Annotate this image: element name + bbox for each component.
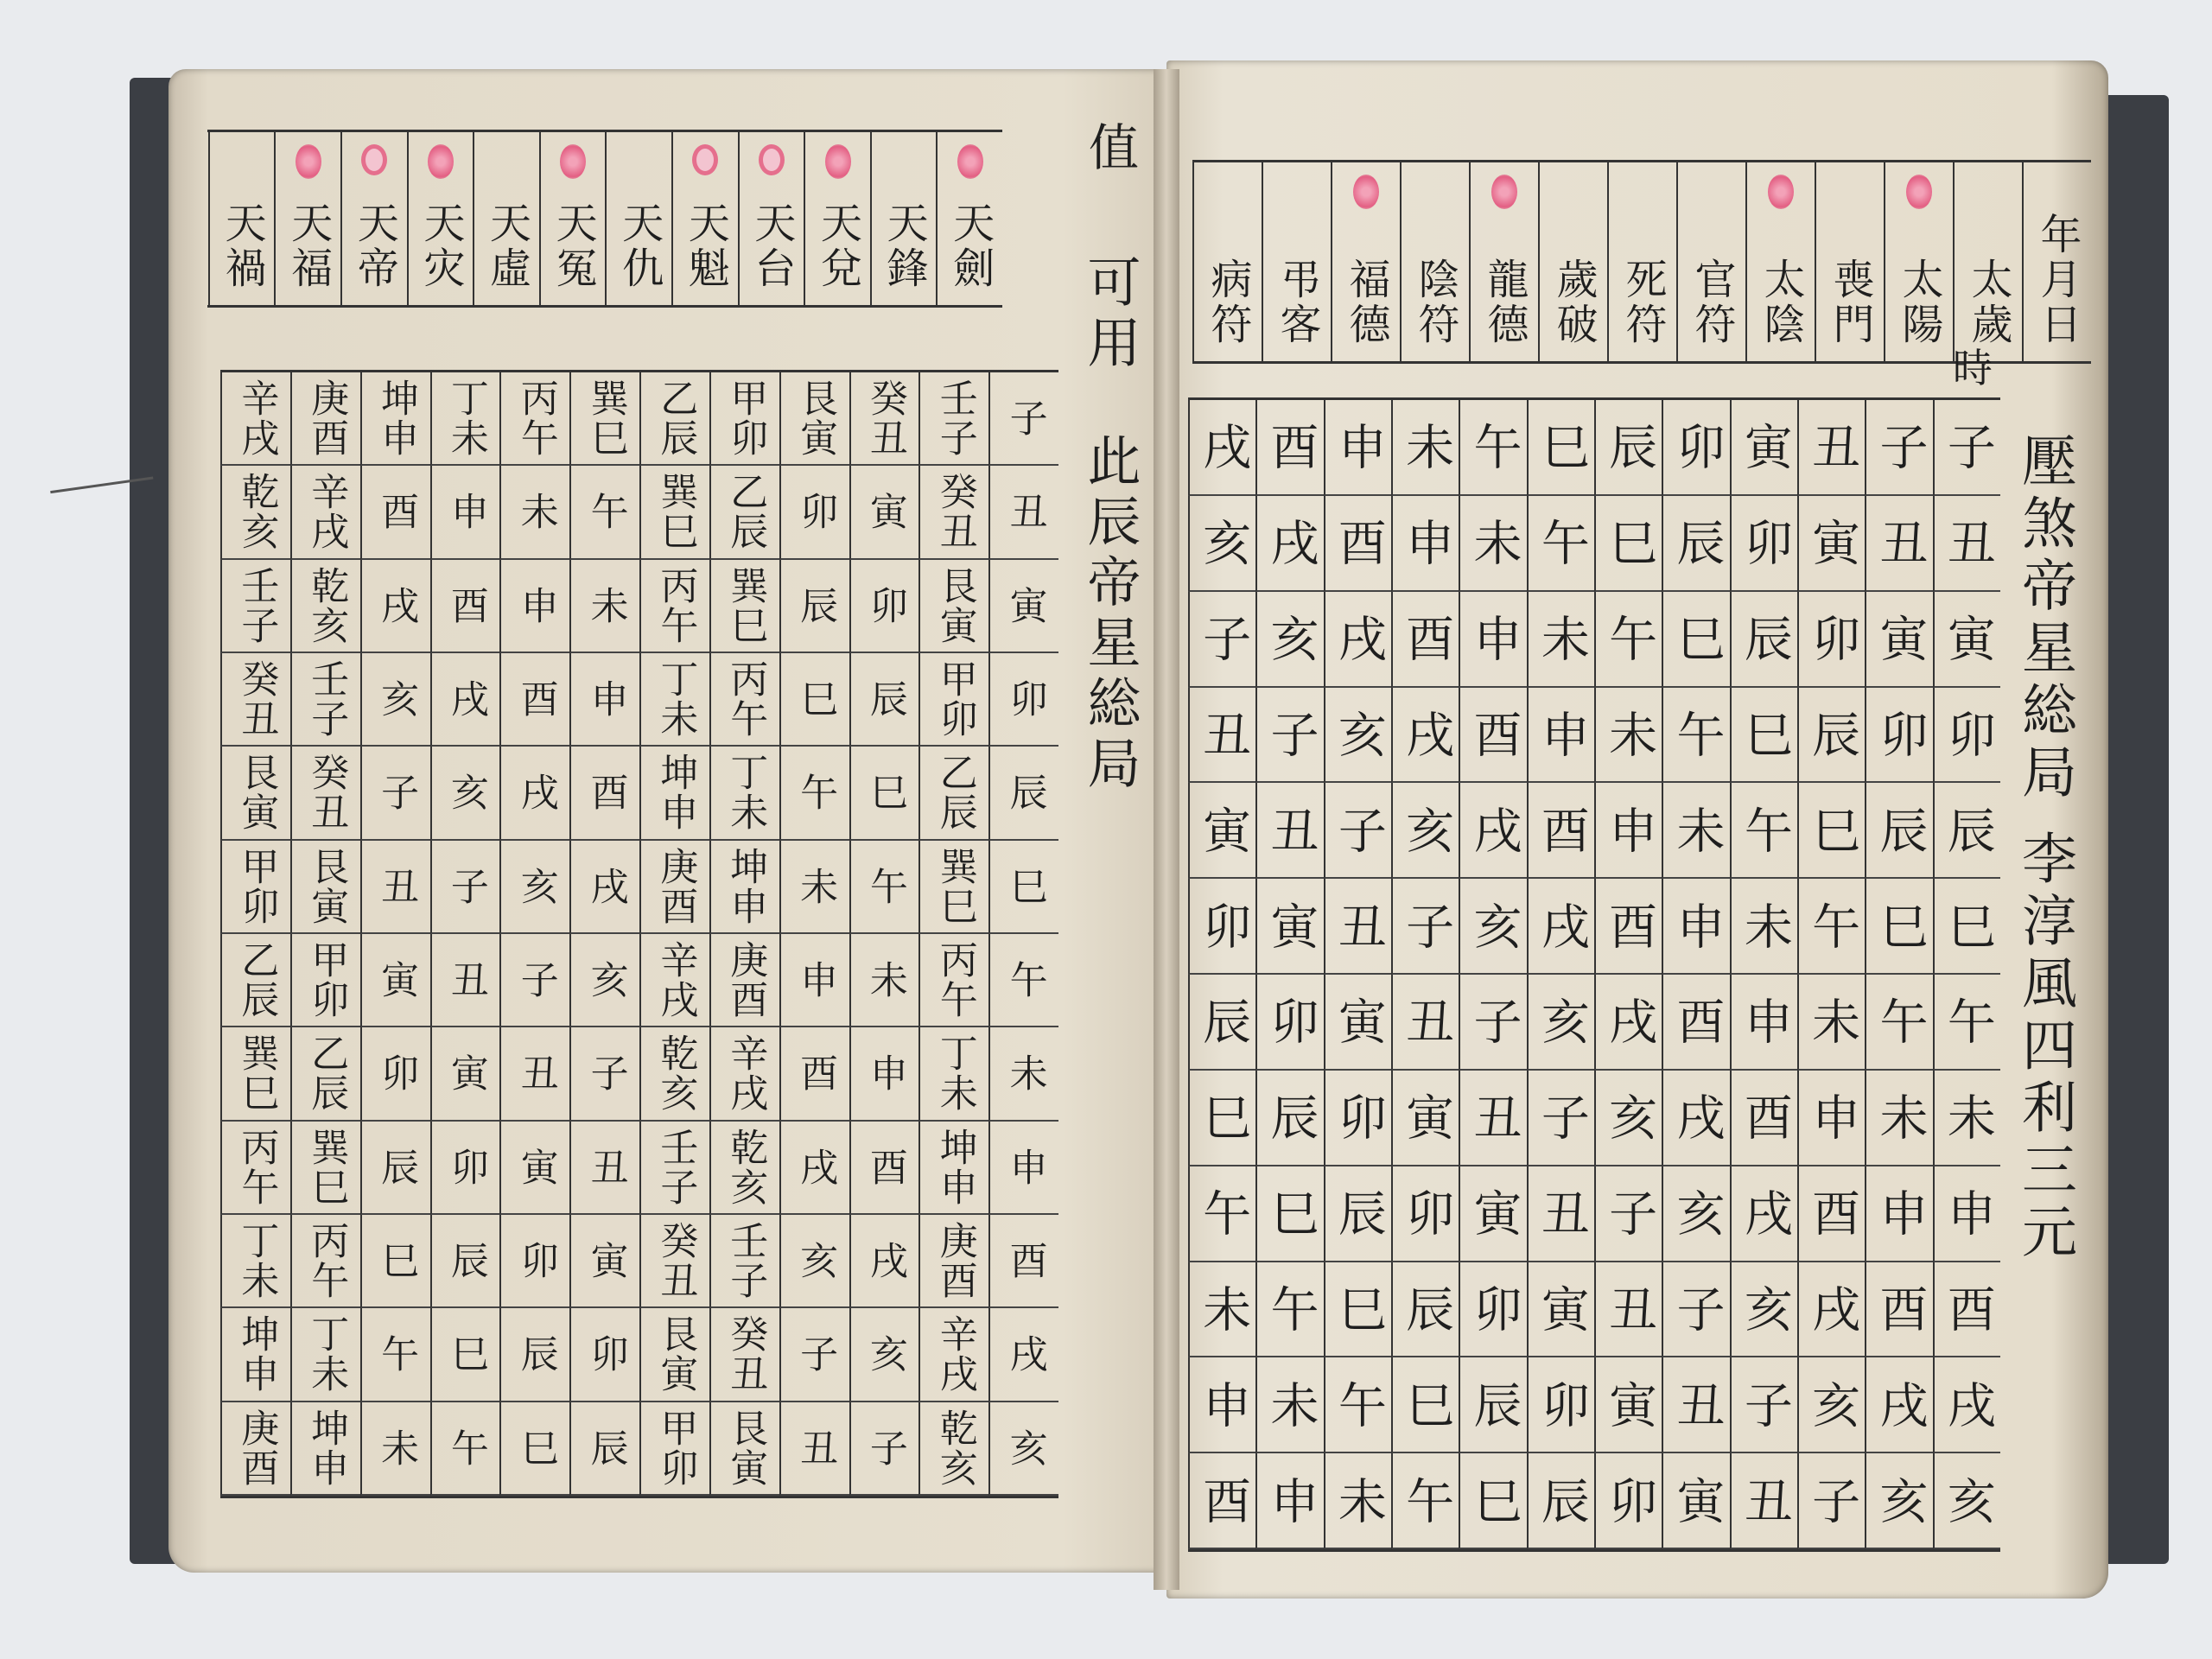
table-cell: 乾亥 bbox=[639, 1027, 709, 1121]
table-cell: 寅 bbox=[360, 934, 430, 1027]
table-cell: 辰 bbox=[360, 1122, 430, 1215]
cell-text: 卯 bbox=[1474, 1284, 1514, 1334]
header-star: 天魁 bbox=[671, 132, 738, 305]
red-circle-icon bbox=[560, 144, 586, 179]
cell-text: 卯 bbox=[865, 586, 905, 626]
table-cell: 丑 bbox=[779, 1402, 849, 1496]
red-circle-icon bbox=[692, 144, 718, 175]
cell-text: 寅 bbox=[376, 960, 416, 1000]
cell-text: 辰 bbox=[376, 1147, 416, 1187]
table-cell: 甲卯 bbox=[290, 934, 360, 1027]
table-cell: 未 bbox=[1459, 496, 1526, 592]
star-name: 天兌 bbox=[814, 201, 862, 291]
cell-text: 甲卯 bbox=[236, 847, 276, 926]
table-cell: 亥 bbox=[1797, 1357, 1865, 1453]
table-cell: 申 bbox=[1797, 1071, 1865, 1166]
table-cell: 酉 bbox=[1255, 400, 1323, 496]
table-cell: 午 bbox=[569, 466, 639, 559]
table-cell: 申 bbox=[1459, 592, 1526, 688]
cell-text: 辰 bbox=[795, 586, 835, 626]
cell-text: 午 bbox=[1271, 1284, 1311, 1334]
cell-text: 卯 bbox=[516, 1241, 556, 1281]
cell-text: 亥 bbox=[1541, 996, 1581, 1046]
cell-text: 亥 bbox=[1812, 1380, 1852, 1430]
red-circle-icon bbox=[1491, 175, 1517, 209]
cell-text: 戌 bbox=[1203, 422, 1243, 472]
table-cell: 戌 bbox=[988, 1308, 1058, 1402]
cell-text: 辰 bbox=[1338, 1188, 1378, 1238]
red-circle-icon bbox=[428, 144, 454, 179]
book-spine bbox=[1154, 69, 1179, 1590]
table-cell: 子 bbox=[1797, 1453, 1865, 1549]
cell-text: 丁未 bbox=[725, 753, 765, 832]
star-name: 官符 bbox=[1688, 257, 1736, 347]
cell-text: 亥 bbox=[1609, 1092, 1649, 1142]
table-cell: 酉 bbox=[1933, 1262, 2000, 1358]
table-cell: 庚酉 bbox=[709, 934, 779, 1027]
table-cell: 亥 bbox=[1933, 1453, 2000, 1549]
table-cell: 辰 bbox=[1594, 400, 1662, 496]
table-cell: 丑 bbox=[1459, 1071, 1526, 1166]
cell-text: 卯 bbox=[1541, 1380, 1581, 1430]
table-cell: 卯 bbox=[1797, 592, 1865, 688]
header-star: 死符 bbox=[1607, 162, 1676, 361]
cell-text: 寅 bbox=[1005, 586, 1045, 626]
cell-text: 甲卯 bbox=[306, 940, 346, 1020]
cell-text: 壬子 bbox=[935, 378, 975, 458]
table-cell: 甲卯 bbox=[639, 1402, 709, 1496]
cell-text: 坤申 bbox=[935, 1128, 975, 1207]
cell-text: 午 bbox=[1812, 901, 1852, 951]
table-cell: 酉 bbox=[430, 560, 500, 653]
red-circle-icon bbox=[1353, 175, 1379, 209]
cell-text: 乾亥 bbox=[725, 1128, 765, 1207]
table-cell: 子 bbox=[569, 1027, 639, 1121]
cell-text: 午 bbox=[1948, 996, 1987, 1046]
cell-text: 辛戌 bbox=[935, 1314, 975, 1394]
cell-text: 卯 bbox=[586, 1334, 626, 1374]
cell-text: 巽巳 bbox=[655, 472, 695, 551]
red-circle-icon bbox=[296, 144, 321, 179]
table-cell: 坤申 bbox=[220, 1308, 290, 1402]
table-cell: 卯 bbox=[849, 560, 919, 653]
page-title: 壓煞帝星総局 bbox=[2012, 432, 2076, 805]
cell-text: 酉 bbox=[516, 679, 556, 719]
cell-text: 寅 bbox=[446, 1053, 486, 1093]
table-cell: 寅 bbox=[499, 1122, 569, 1215]
table-cell: 辰 bbox=[430, 1215, 500, 1308]
table-cell: 辰 bbox=[1662, 496, 1729, 592]
table-cell: 辰 bbox=[1188, 975, 1255, 1071]
star-name: 龍德 bbox=[1480, 257, 1529, 347]
cell-text: 午 bbox=[1541, 518, 1581, 568]
cell-text: 辰 bbox=[586, 1428, 626, 1468]
table-cell: 丙午 bbox=[918, 934, 988, 1027]
table-cell: 丑 bbox=[1188, 688, 1255, 784]
cell-text: 巽巳 bbox=[586, 378, 626, 458]
table-cell: 壬子 bbox=[709, 1215, 779, 1308]
table-cell: 午 bbox=[430, 1402, 500, 1496]
cell-text: 酉 bbox=[1745, 1092, 1784, 1142]
cell-text: 丙午 bbox=[306, 1221, 346, 1300]
cell-text: 申 bbox=[446, 492, 486, 531]
star-name: 天冤 bbox=[549, 201, 597, 291]
right-header-stars: 年月日太歲太陽喪門太陰官符死符歲破龍德陰符福德弔客病符 bbox=[1192, 160, 2091, 364]
cell-text: 丙午 bbox=[516, 378, 556, 458]
page-title-column: 壓煞帝星総局 李淳風四利三元 bbox=[2005, 432, 2084, 1538]
cell-text: 午 bbox=[586, 492, 626, 531]
table-cell: 子 bbox=[1459, 975, 1526, 1071]
cell-text: 壬子 bbox=[725, 1221, 765, 1300]
cell-text: 辰 bbox=[1203, 996, 1243, 1046]
cell-text: 巳 bbox=[446, 1334, 486, 1374]
cell-text: 亥 bbox=[1203, 518, 1243, 568]
cell-text: 巳 bbox=[1203, 1092, 1243, 1142]
table-cell: 寅 bbox=[849, 466, 919, 559]
cell-text: 戌 bbox=[1005, 1334, 1045, 1374]
cell-text: 丑 bbox=[1474, 1092, 1514, 1142]
table-cell: 乾亥 bbox=[290, 560, 360, 653]
table-cell: 庚酉 bbox=[220, 1402, 290, 1496]
table-cell: 亥 bbox=[499, 841, 569, 934]
corner-sub-label: 時 bbox=[1953, 337, 1993, 394]
table-cell: 酉 bbox=[1662, 975, 1729, 1071]
cell-text: 丑 bbox=[1406, 996, 1446, 1046]
cell-text: 丑 bbox=[1541, 1188, 1581, 1238]
table-cell: 艮寅 bbox=[918, 560, 988, 653]
table-cell: 午 bbox=[1933, 975, 2000, 1071]
table-cell: 酉 bbox=[1391, 592, 1459, 688]
table-cell: 子 bbox=[1527, 1071, 1594, 1166]
star-name: 天禍 bbox=[218, 201, 266, 291]
table-cell: 丑 bbox=[430, 934, 500, 1027]
cell-text: 丑 bbox=[795, 1428, 835, 1468]
cell-text: 寅 bbox=[1406, 1092, 1446, 1142]
table-cell: 亥 bbox=[430, 747, 500, 840]
table-cell: 卯 bbox=[1933, 688, 2000, 784]
cell-text: 卯 bbox=[1271, 996, 1311, 1046]
cell-text: 乾亥 bbox=[236, 472, 276, 551]
table-cell: 午 bbox=[1730, 783, 1797, 879]
table-cell: 丑 bbox=[1933, 496, 2000, 592]
table-cell: 卯 bbox=[1662, 400, 1729, 496]
cell-text: 未 bbox=[1005, 1053, 1045, 1093]
table-cell: 辰 bbox=[1730, 592, 1797, 688]
table-cell: 巳 bbox=[1459, 1453, 1526, 1549]
cell-text: 寅 bbox=[586, 1241, 626, 1281]
table-cell: 戌 bbox=[1933, 1357, 2000, 1453]
table-cell: 巳 bbox=[779, 653, 849, 747]
cell-text: 亥 bbox=[446, 772, 486, 812]
cell-text: 子 bbox=[1745, 1380, 1784, 1430]
cell-text: 艮寅 bbox=[306, 847, 346, 926]
table-cell: 丁未 bbox=[430, 372, 500, 466]
star-name: 病符 bbox=[1204, 257, 1252, 347]
table-cell: 未 bbox=[1662, 783, 1729, 879]
table-cell: 丁未 bbox=[220, 1215, 290, 1308]
table-cell: 巳 bbox=[849, 747, 919, 840]
table-cell: 午 bbox=[1594, 592, 1662, 688]
table-cell: 巳 bbox=[1797, 783, 1865, 879]
table-cell: 辰 bbox=[779, 560, 849, 653]
cell-text: 辰 bbox=[1406, 1284, 1446, 1334]
cell-text: 午 bbox=[1338, 1380, 1378, 1430]
cell-text: 辰 bbox=[1609, 422, 1649, 472]
cell-text: 癸丑 bbox=[725, 1314, 765, 1394]
cell-text: 未 bbox=[1474, 518, 1514, 568]
cell-text: 辰 bbox=[1474, 1380, 1514, 1430]
cell-text: 寅 bbox=[1948, 613, 1987, 664]
header-star: 天冤 bbox=[539, 132, 606, 305]
header-star: 天兌 bbox=[804, 132, 870, 305]
cell-text: 寅 bbox=[1609, 1380, 1649, 1430]
table-cell: 申 bbox=[1527, 688, 1594, 784]
table-cell: 寅 bbox=[1594, 1357, 1662, 1453]
table-cell: 卯 bbox=[1730, 496, 1797, 592]
table-cell: 午 bbox=[1324, 1357, 1391, 1453]
table-cell: 申 bbox=[499, 560, 569, 653]
header-star: 太陰 bbox=[1745, 162, 1815, 361]
cell-text: 巳 bbox=[865, 772, 905, 812]
cell-text: 未 bbox=[1948, 1092, 1987, 1142]
cell-text: 卯 bbox=[446, 1147, 486, 1187]
header-star: 龍德 bbox=[1469, 162, 1538, 361]
star-name: 死符 bbox=[1618, 257, 1667, 347]
cell-text: 巳 bbox=[1609, 518, 1649, 568]
cell-text: 酉 bbox=[795, 1053, 835, 1093]
table-cell: 子 bbox=[779, 1308, 849, 1402]
side-note: 可用 bbox=[1071, 254, 1148, 375]
table-cell: 未 bbox=[1797, 975, 1865, 1071]
cell-text: 戌 bbox=[1338, 613, 1378, 664]
cell-text: 酉 bbox=[1005, 1241, 1045, 1281]
cell-text: 酉 bbox=[1338, 518, 1378, 568]
table-cell: 坤申 bbox=[360, 372, 430, 466]
cell-text: 酉 bbox=[1271, 422, 1311, 472]
cell-text: 戌 bbox=[795, 1147, 835, 1187]
cell-text: 丁未 bbox=[306, 1314, 346, 1394]
table-cell: 卯 bbox=[988, 653, 1058, 747]
cell-text: 申 bbox=[1406, 518, 1446, 568]
cell-text: 乾亥 bbox=[655, 1033, 695, 1113]
cell-text: 坤申 bbox=[306, 1408, 346, 1488]
table-cell: 酉 bbox=[849, 1122, 919, 1215]
cell-text: 亥 bbox=[1338, 709, 1378, 760]
table-cell: 癸丑 bbox=[918, 466, 988, 559]
cell-text: 亥 bbox=[1745, 1284, 1784, 1334]
table-cell: 辛戌 bbox=[290, 466, 360, 559]
cell-text: 未 bbox=[1812, 996, 1852, 1046]
header-corner: 年月日 bbox=[2022, 162, 2091, 361]
table-cell: 乙辰 bbox=[709, 466, 779, 559]
cell-text: 未 bbox=[1880, 1092, 1920, 1142]
cell-text: 亥 bbox=[795, 1241, 835, 1281]
cell-text: 申 bbox=[516, 586, 556, 626]
table-cell: 卯 bbox=[1594, 1453, 1662, 1549]
cell-text: 巳 bbox=[1474, 1476, 1514, 1526]
cell-text: 艮寅 bbox=[655, 1314, 695, 1394]
table-cell: 巽巳 bbox=[918, 841, 988, 934]
cell-text: 午 bbox=[1406, 1476, 1446, 1526]
cell-text: 午 bbox=[1880, 996, 1920, 1046]
table-cell: 坤申 bbox=[918, 1122, 988, 1215]
cell-text: 甲卯 bbox=[725, 378, 765, 458]
table-cell: 乙辰 bbox=[918, 747, 988, 840]
table-cell: 巳 bbox=[1730, 688, 1797, 784]
cell-text: 子 bbox=[516, 960, 556, 1000]
cell-text: 卯 bbox=[1406, 1188, 1446, 1238]
star-name: 天帝 bbox=[350, 201, 398, 291]
table-cell: 未 bbox=[569, 560, 639, 653]
table-cell: 乾亥 bbox=[220, 466, 290, 559]
table-cell: 酉 bbox=[1324, 496, 1391, 592]
cell-text: 戌 bbox=[1812, 1284, 1852, 1334]
table-cell: 艮寅 bbox=[290, 841, 360, 934]
cell-text: 申 bbox=[1948, 1188, 1987, 1238]
header-star: 陰符 bbox=[1400, 162, 1469, 361]
table-cell: 寅 bbox=[1324, 975, 1391, 1071]
cell-text: 子 bbox=[1880, 422, 1920, 472]
left-side-column: 值 可用 此辰帝星総局 bbox=[1071, 121, 1148, 1590]
cell-text: 子 bbox=[1005, 398, 1045, 438]
table-cell: 卯 bbox=[569, 1308, 639, 1402]
table-cell: 丑 bbox=[1255, 783, 1323, 879]
cell-text: 寅 bbox=[865, 492, 905, 531]
table-cell: 巽巳 bbox=[220, 1027, 290, 1121]
header-star: 福德 bbox=[1331, 162, 1400, 361]
table-cell: 未 bbox=[988, 1027, 1058, 1121]
star-name: 天仇 bbox=[615, 201, 664, 291]
cell-text: 亥 bbox=[1880, 1476, 1920, 1526]
table-cell: 辛戌 bbox=[709, 1027, 779, 1121]
table-cell: 戌 bbox=[1459, 783, 1526, 879]
red-circle-icon bbox=[1768, 175, 1794, 209]
table-cell: 亥 bbox=[1730, 1262, 1797, 1358]
red-circle-icon bbox=[825, 144, 851, 179]
table-cell: 午 bbox=[1662, 688, 1729, 784]
header-star: 天劍 bbox=[936, 132, 1002, 305]
table-cell: 巳 bbox=[360, 1215, 430, 1308]
table-cell: 丑 bbox=[499, 1027, 569, 1121]
cell-text: 艮寅 bbox=[236, 753, 276, 832]
table-cell: 酉 bbox=[360, 466, 430, 559]
table-cell: 寅 bbox=[1662, 1453, 1729, 1549]
table-cell: 戌 bbox=[1797, 1262, 1865, 1358]
table-cell: 午 bbox=[1188, 1166, 1255, 1262]
table-cell: 巽巳 bbox=[709, 560, 779, 653]
table-cell: 申 bbox=[1324, 400, 1391, 496]
table-cell: 寅 bbox=[1188, 783, 1255, 879]
table-cell: 乾亥 bbox=[709, 1122, 779, 1215]
table-cell: 酉 bbox=[1865, 1262, 1932, 1358]
cell-text: 亥 bbox=[376, 679, 416, 719]
table-cell: 亥 bbox=[1594, 1071, 1662, 1166]
cell-text: 丑 bbox=[1609, 1284, 1649, 1334]
table-cell: 申 bbox=[569, 653, 639, 747]
cell-text: 申 bbox=[1745, 996, 1784, 1046]
cell-text: 酉 bbox=[1541, 805, 1581, 855]
cell-text: 申 bbox=[1609, 805, 1649, 855]
table-cell: 巳 bbox=[1391, 1357, 1459, 1453]
cell-text: 寅 bbox=[1812, 518, 1852, 568]
table-cell: 丁未 bbox=[639, 653, 709, 747]
table-cell: 酉 bbox=[988, 1215, 1058, 1308]
cell-text: 辰 bbox=[446, 1241, 486, 1281]
table-cell: 丙午 bbox=[290, 1215, 360, 1308]
table-cell: 申 bbox=[1865, 1166, 1932, 1262]
table-cell: 午 bbox=[1797, 879, 1865, 975]
table-cell: 卯 bbox=[499, 1215, 569, 1308]
cell-text: 癸丑 bbox=[935, 472, 975, 551]
table-cell: 戌 bbox=[1188, 400, 1255, 496]
cell-text: 乙辰 bbox=[935, 753, 975, 832]
cell-text: 辛戌 bbox=[655, 940, 695, 1020]
cell-text: 癸丑 bbox=[655, 1221, 695, 1300]
cell-text: 午 bbox=[446, 1428, 486, 1468]
cell-text: 庚酉 bbox=[725, 940, 765, 1020]
cell-text: 巳 bbox=[1406, 1380, 1446, 1430]
cell-text: 卯 bbox=[1948, 709, 1987, 760]
table-cell: 戌 bbox=[1255, 496, 1323, 592]
table-cell: 午 bbox=[1255, 1262, 1323, 1358]
cell-text: 巳 bbox=[1812, 805, 1852, 855]
cell-text: 丁未 bbox=[236, 1221, 276, 1300]
header-star: 歲破 bbox=[1538, 162, 1607, 361]
table-cell: 庚酉 bbox=[918, 1215, 988, 1308]
star-name: 喪門 bbox=[1826, 257, 1874, 347]
table-cell: 子 bbox=[430, 841, 500, 934]
table-cell: 丁未 bbox=[290, 1308, 360, 1402]
header-star: 太歲 bbox=[1953, 162, 2022, 361]
cell-text: 丑 bbox=[1812, 422, 1852, 472]
cell-text: 卯 bbox=[1677, 422, 1717, 472]
table-cell: 辰 bbox=[1324, 1166, 1391, 1262]
cell-text: 壬子 bbox=[306, 659, 346, 739]
cell-text: 丙午 bbox=[236, 1128, 276, 1207]
table-cell: 酉 bbox=[1188, 1453, 1255, 1549]
table-cell: 乙辰 bbox=[639, 372, 709, 466]
table-cell: 丑 bbox=[1594, 1262, 1662, 1358]
cell-text: 未 bbox=[1677, 805, 1717, 855]
table-cell: 艮寅 bbox=[709, 1402, 779, 1496]
cell-text: 午 bbox=[376, 1334, 416, 1374]
cell-text: 坤申 bbox=[655, 753, 695, 832]
cell-text: 癸丑 bbox=[306, 753, 346, 832]
table-cell: 巳 bbox=[1324, 1262, 1391, 1358]
left-table: 子壬子癸丑艮寅甲卯乙辰巽巳丙午丁未坤申庚酉辛戌丑癸丑寅卯乙辰巽巳午未申酉辛戌乾亥… bbox=[220, 370, 1058, 1498]
cell-text: 庚酉 bbox=[655, 847, 695, 926]
cell-text: 巳 bbox=[1541, 422, 1581, 472]
table-cell: 申 bbox=[1730, 975, 1797, 1071]
cell-text: 甲卯 bbox=[935, 659, 975, 739]
cell-text: 子 bbox=[586, 1053, 626, 1093]
table-cell: 卯 bbox=[360, 1027, 430, 1121]
table-cell: 卯 bbox=[1188, 879, 1255, 975]
red-circle-icon bbox=[361, 144, 387, 175]
table-cell: 亥 bbox=[1459, 879, 1526, 975]
side-title: 此辰帝星総局 bbox=[1071, 433, 1148, 796]
cell-text: 卯 bbox=[795, 492, 835, 531]
cell-text: 戌 bbox=[1541, 901, 1581, 951]
cell-text: 辰 bbox=[1005, 772, 1045, 812]
star-name: 陰符 bbox=[1411, 257, 1459, 347]
table-cell: 未 bbox=[1527, 592, 1594, 688]
table-cell: 酉 bbox=[569, 747, 639, 840]
table-cell: 戌 bbox=[1391, 688, 1459, 784]
cell-text: 子 bbox=[865, 1428, 905, 1468]
table-cell: 戌 bbox=[430, 653, 500, 747]
header-star: 喪門 bbox=[1815, 162, 1884, 361]
